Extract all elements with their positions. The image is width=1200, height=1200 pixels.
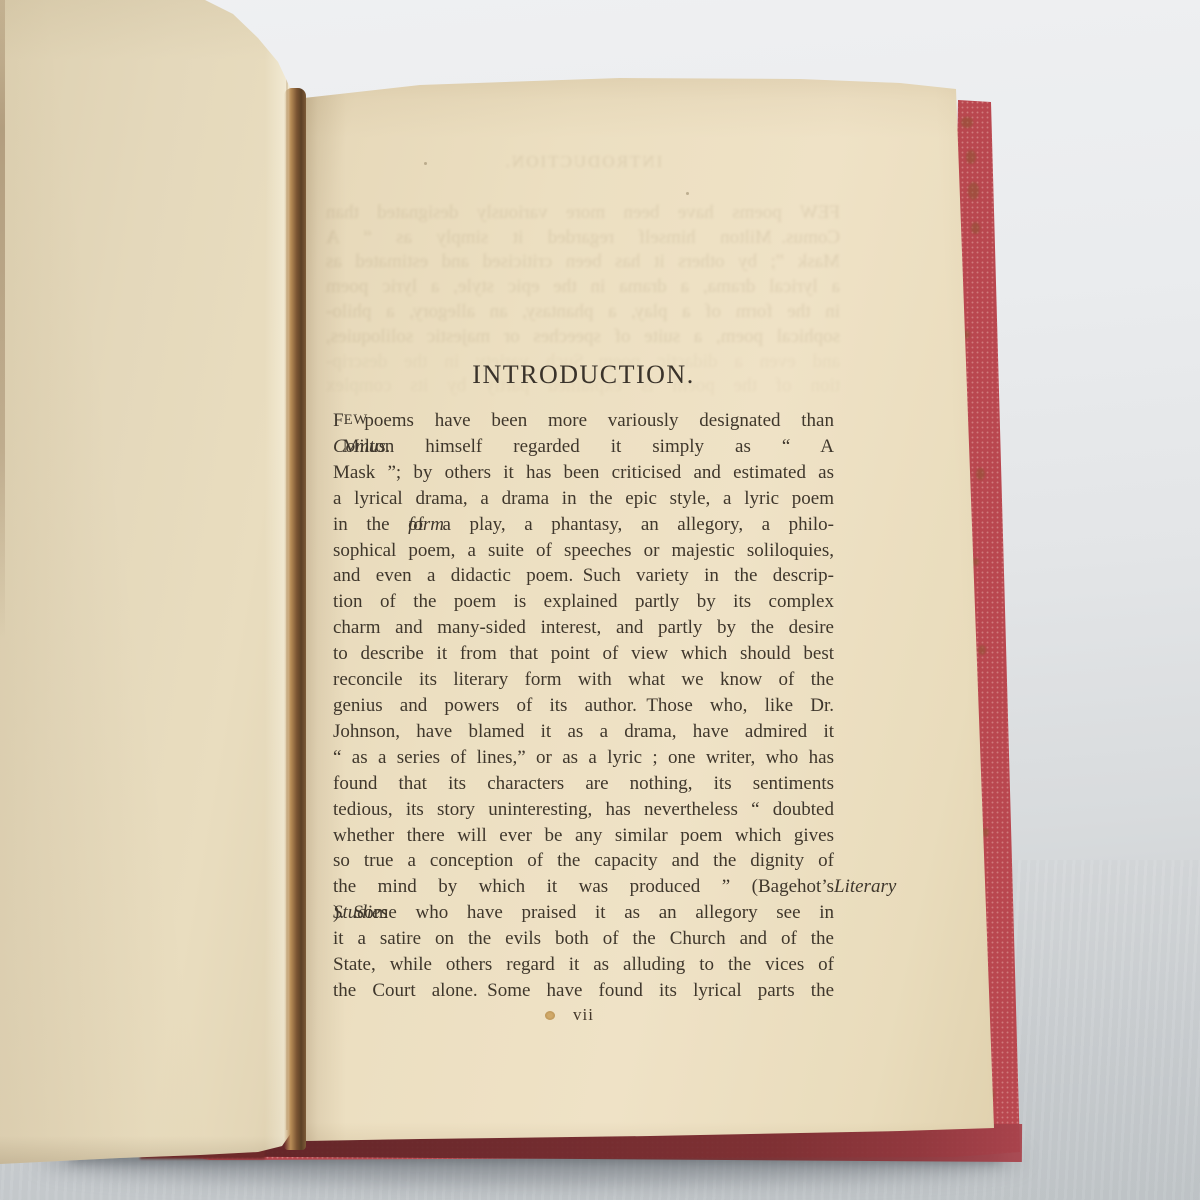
cover-left-sliver — [0, 0, 5, 640]
foxing-spot — [968, 182, 979, 200]
body-line: charm and many-sided interest, and partl… — [333, 615, 834, 641]
body-line: tion of the poem is explained partly by … — [333, 589, 834, 615]
foxing-spot — [966, 150, 976, 164]
body-line: it a satire on the evils both of the Chu… — [333, 926, 834, 952]
body-text: FEW poems have been more variously desig… — [333, 408, 834, 1004]
book-photo: INTRODUCTION.FEW poems have been more va… — [0, 0, 1200, 1200]
foxing-spot — [961, 117, 973, 128]
body-line: in the form of a play, a phantasy, an al… — [333, 512, 834, 538]
page-number: vii — [333, 1005, 834, 1025]
dust-speck — [686, 192, 689, 195]
body-line: so true a conception of the capacity and… — [333, 848, 834, 874]
body-line: the mind by which it was produced ” (Bag… — [333, 874, 834, 900]
body-line: reconcile its literary form with what we… — [333, 667, 834, 693]
body-line: “ as a series of lines,” or as a lyric ;… — [333, 745, 834, 771]
body-line: Johnson, have blamed it as a drama, have… — [333, 719, 834, 745]
body-line: whether there will ever be any similar p… — [333, 823, 834, 849]
body-line: to describe it from that point of view w… — [333, 641, 834, 667]
foxing-spot — [978, 645, 986, 655]
body-line: Mask ”; by others it has been criticised… — [333, 460, 834, 486]
foxing-spot — [971, 222, 980, 234]
dust-speck — [424, 162, 427, 165]
right-page: INTRODUCTION.FEW poems have been more va… — [296, 70, 1002, 1148]
body-line: genius and powers of its author. Those w… — [333, 693, 834, 719]
left-page — [0, 0, 308, 1170]
body-line: Studies). Some who have praised it as an… — [333, 900, 834, 926]
foxing-spot — [976, 468, 985, 480]
body-line: tedious, its story uninteresting, has ne… — [333, 797, 834, 823]
body-line: FEW poems have been more variously desig… — [333, 408, 834, 434]
body-line: State, while others regard it as alludin… — [333, 952, 834, 978]
page-title: INTRODUCTION. — [333, 360, 834, 390]
book-gutter — [284, 88, 306, 1150]
body-line: sophical poem, a suite of speeches or ma… — [333, 538, 834, 564]
body-line: the Court alone. Some have found its lyr… — [333, 978, 834, 1004]
body-line: found that its characters are nothing, i… — [333, 771, 834, 797]
left-page-shading — [0, 0, 308, 1170]
body-line: Comus. Milton himself regarded it simply… — [333, 434, 834, 460]
body-line: a lyrical drama, a drama in the epic sty… — [333, 486, 834, 512]
body-line: and even a didactic poem. Such variety i… — [333, 563, 834, 589]
